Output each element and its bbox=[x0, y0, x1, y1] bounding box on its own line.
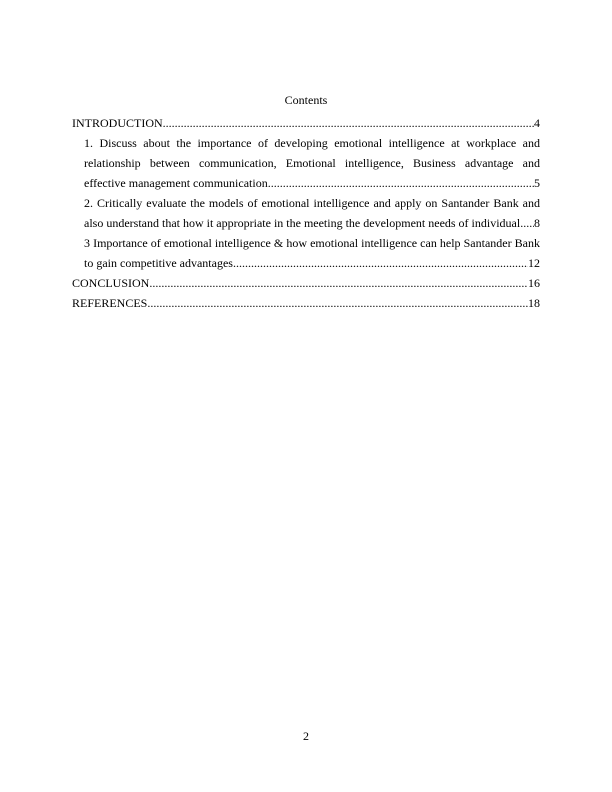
toc-page-number: 12 bbox=[528, 253, 540, 273]
toc-entry-section-3[interactable]: 3 Importance of emotional intelligence &… bbox=[72, 233, 540, 273]
toc-entry-label-line: 3 Importance of emotional intelligence &… bbox=[84, 233, 540, 253]
toc-entry-conclusion[interactable]: CONCLUSION 16 bbox=[72, 273, 540, 293]
toc-page-number: 18 bbox=[528, 293, 540, 313]
toc-page-number: 5 bbox=[534, 173, 540, 193]
dot-leader bbox=[523, 213, 534, 233]
toc-entry-section-1[interactable]: 1. Discuss about the importance of devel… bbox=[72, 133, 540, 193]
toc-entry-label: also understand that how it appropriate … bbox=[84, 213, 523, 233]
toc-page-number: 16 bbox=[528, 273, 540, 293]
toc-entry-label-line: 1. Discuss about the importance of devel… bbox=[84, 133, 540, 153]
toc-entry-label: INTRODUCTION bbox=[72, 113, 163, 133]
toc-entry-label: REFERENCES bbox=[72, 293, 147, 313]
toc-entry-label: effective management communication bbox=[84, 173, 268, 193]
dot-leader bbox=[233, 253, 528, 273]
toc-title: Contents bbox=[0, 93, 612, 107]
toc-entry-section-2[interactable]: 2. Critically evaluate the models of emo… bbox=[72, 193, 540, 233]
toc-entry-label-line: relationship between communication, Emot… bbox=[84, 153, 540, 173]
toc-page-number: 8 bbox=[534, 213, 540, 233]
document-page: Contents INTRODUCTION 4 1. Discuss about… bbox=[0, 0, 612, 792]
toc-entry-label-line: 2. Critically evaluate the models of emo… bbox=[84, 193, 540, 213]
dot-leader bbox=[268, 173, 534, 193]
table-of-contents: INTRODUCTION 4 1. Discuss about the impo… bbox=[72, 113, 540, 313]
dot-leader bbox=[147, 293, 528, 313]
toc-entry-references[interactable]: REFERENCES 18 bbox=[72, 293, 540, 313]
page-number: 2 bbox=[0, 729, 612, 744]
dot-leader bbox=[163, 113, 534, 133]
dot-leader bbox=[149, 273, 528, 293]
toc-entry-label: to gain competitive advantages bbox=[84, 253, 233, 273]
toc-page-number: 4 bbox=[534, 113, 540, 133]
toc-entry-introduction[interactable]: INTRODUCTION 4 bbox=[72, 113, 540, 133]
toc-entry-label: CONCLUSION bbox=[72, 273, 149, 293]
